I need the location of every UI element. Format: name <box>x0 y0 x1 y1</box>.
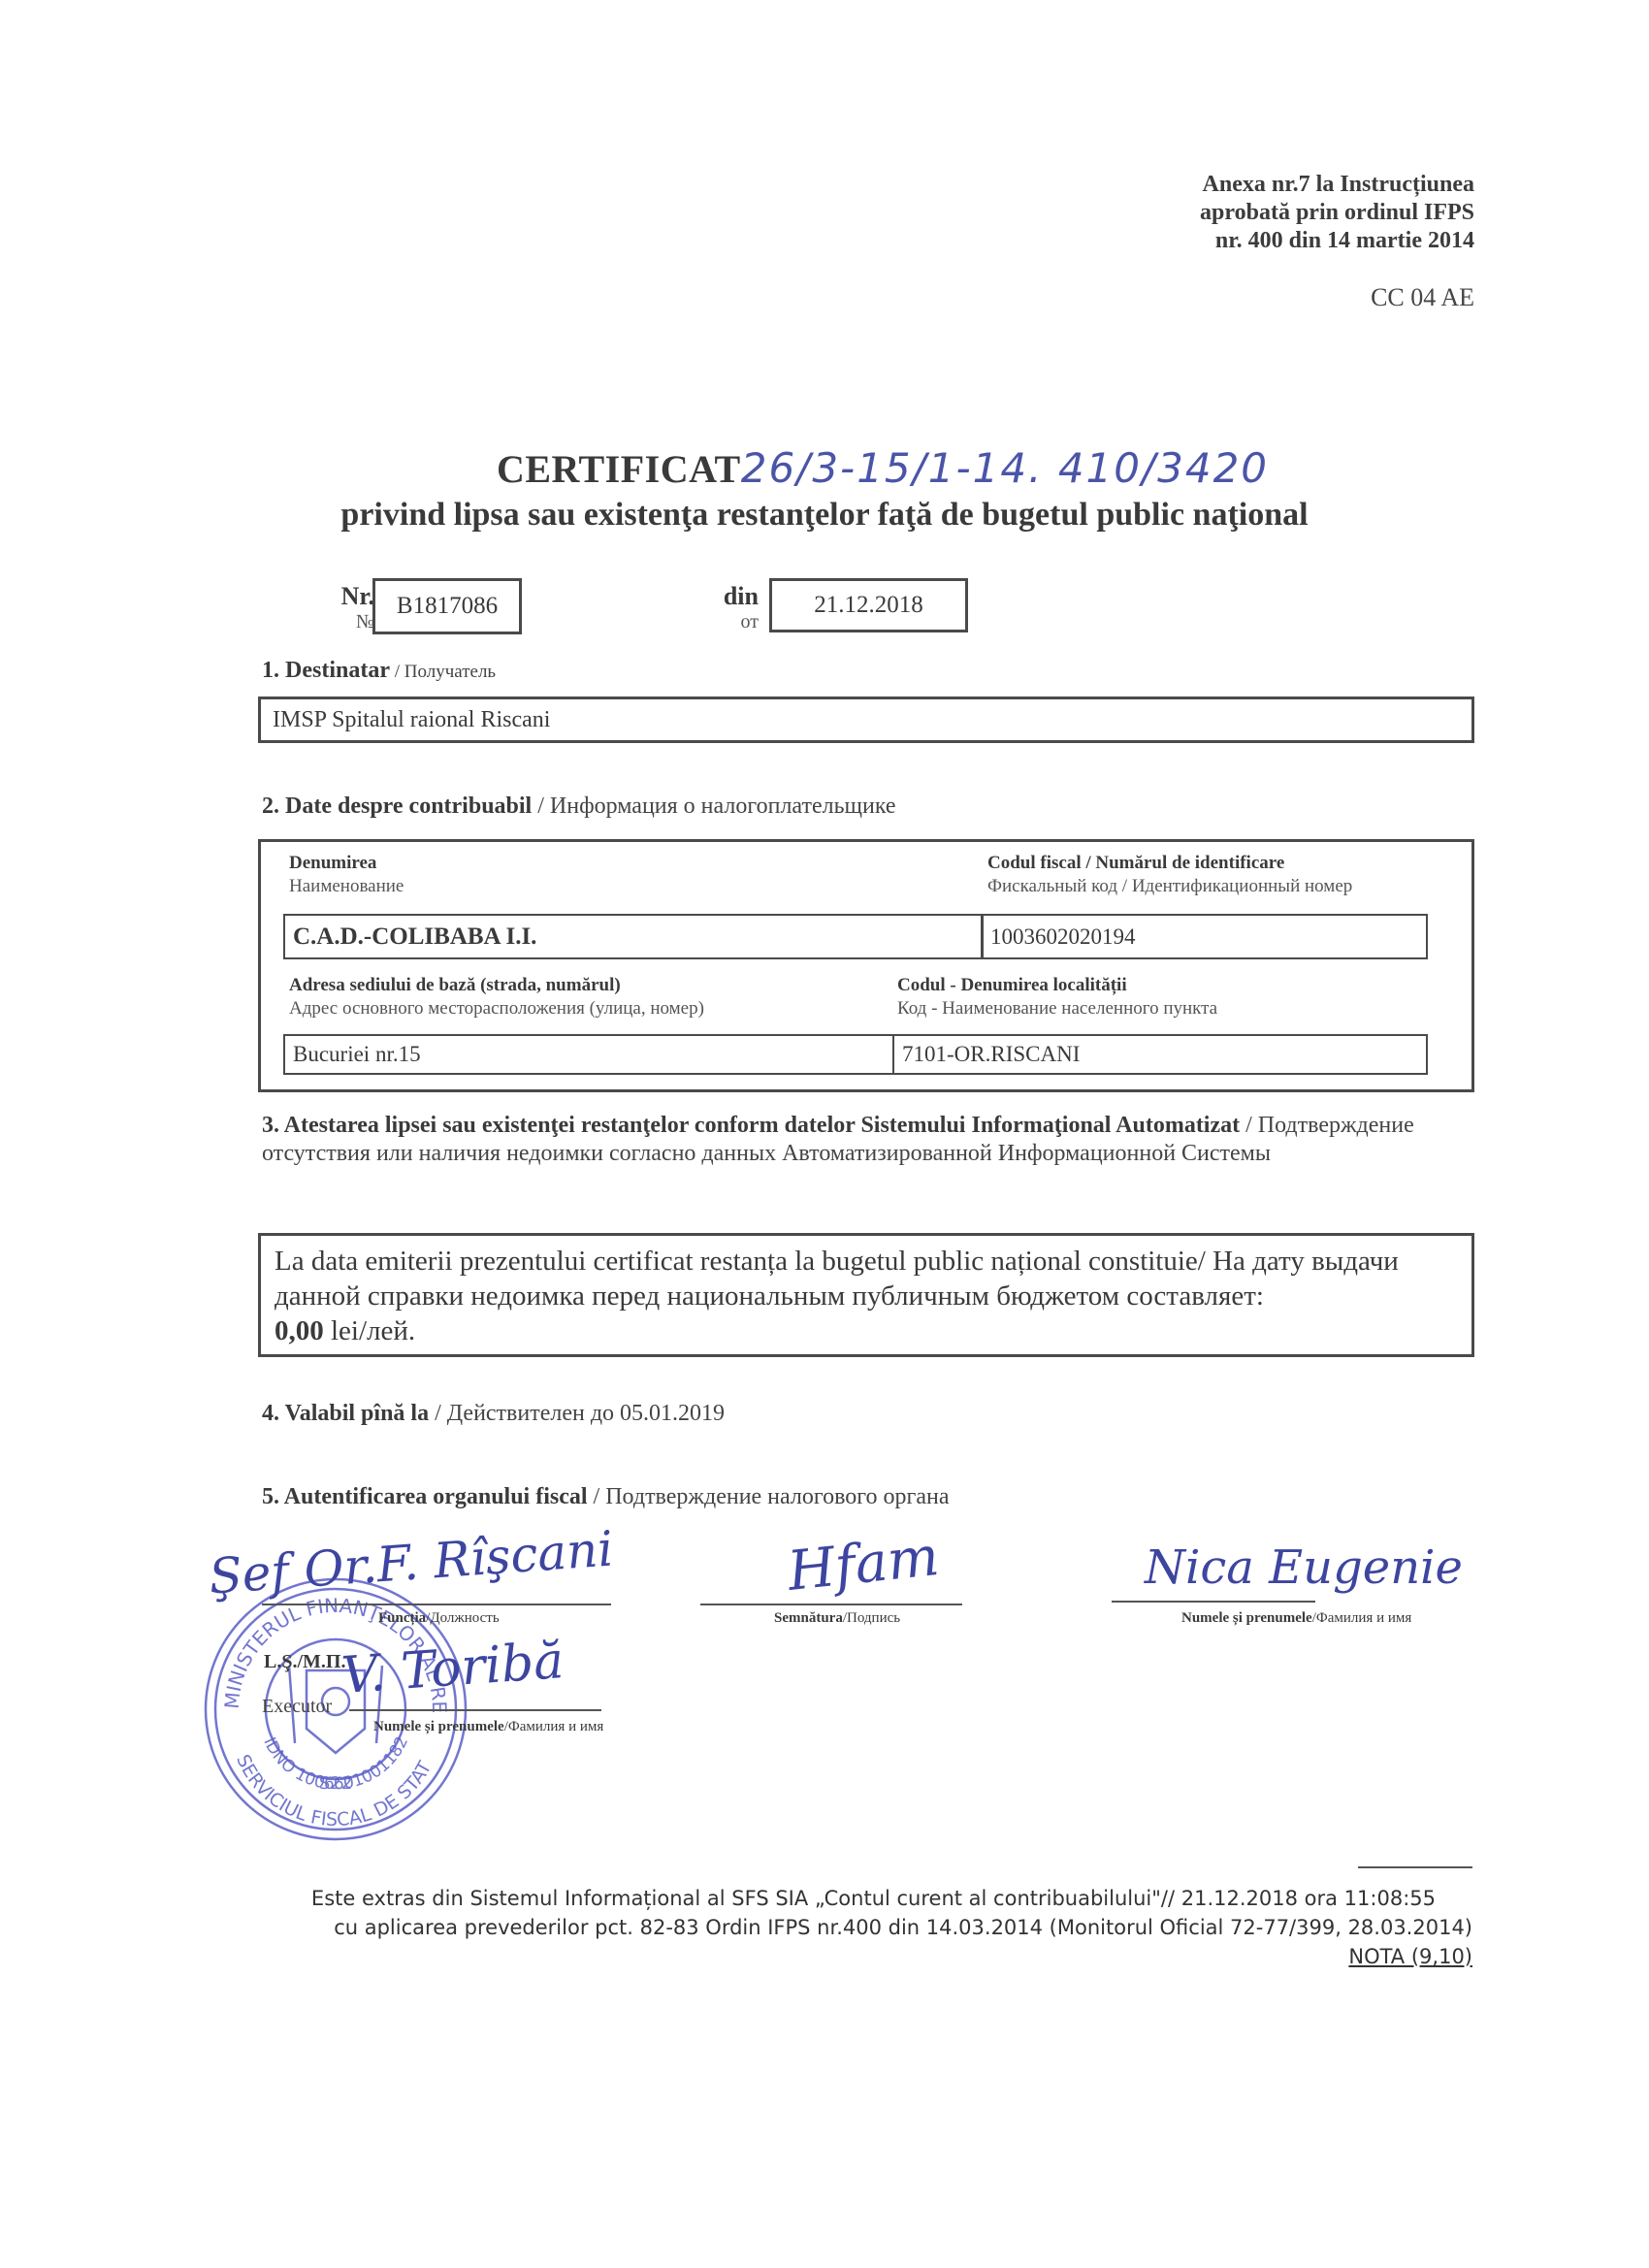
address-label-ru: Адрес основного месторасположения (улица… <box>289 997 704 1021</box>
locality-label: Codul - Denumirea localității Код - Наим… <box>897 974 1217 1021</box>
arrears-statement-box: La data emiterii prezentului certificat … <box>258 1233 1474 1357</box>
function-signature-line <box>262 1604 611 1605</box>
number-label: Nr. № <box>336 582 374 633</box>
handwritten-signature: Hfam <box>785 1525 942 1604</box>
certificate-title: CERTIFICAT <box>497 447 741 491</box>
annex-line: aprobată prin ordinul IFPS <box>1200 199 1474 227</box>
certificate-date-field: 21.12.2018 <box>769 578 968 632</box>
stamp-code: S22 <box>319 1773 352 1794</box>
section-3-heading: 3. Atestarea lipsei sau existenţei resta… <box>262 1112 1494 1168</box>
annex-line: nr. 400 din 14 martie 2014 <box>1200 227 1474 255</box>
executor-caption-ro: Numele și prenumele <box>373 1719 504 1734</box>
name-caption-ru: /Фамилия и имя <box>1312 1610 1412 1626</box>
section-1-heading-ru: / Получатель <box>390 662 496 682</box>
function-caption: Funcția/Должность <box>378 1610 500 1627</box>
fiscal-code-label-ru: Фискальный код / Идентификационный номер <box>987 875 1352 898</box>
date-label: din от <box>714 582 759 633</box>
form-code: CC 04 AE <box>1371 283 1474 312</box>
footer-note-link: NOTA (9,10) <box>0 1942 1472 1971</box>
number-label-ru: № <box>336 611 374 633</box>
fiscal-code-label-ro: Codul fiscal / Numărul de identificare <box>987 852 1352 875</box>
certificate-number-field: B1817086 <box>372 578 522 634</box>
signature-line <box>700 1604 962 1605</box>
certificate-subtitle: privind lipsa sau existenţa restanţelor … <box>0 497 1649 534</box>
validity-date: / Действителен до 05.01.2019 <box>429 1401 725 1426</box>
handwritten-official-name: Nica Eugenie <box>1145 1540 1463 1595</box>
executor-label: Executor <box>262 1696 332 1718</box>
section-2-heading-ru: / Информация о налогоплательщике <box>532 794 895 819</box>
section-2-heading: 2. Date despre contribuabil / Информация… <box>262 794 896 820</box>
section-2-heading-ro: 2. Date despre contribuabil <box>262 794 532 819</box>
signature-caption: Semnătura/Подпись <box>774 1610 900 1627</box>
section-3-heading-ro: 3. Atestarea lipsei sau existenţei resta… <box>262 1113 1240 1138</box>
certificate-title-row: CERTIFICAT26/3-15/1-14. 410/3420 <box>0 444 1649 492</box>
address-label: Adresa sediului de bază (strada, numărul… <box>289 974 704 1021</box>
fiscal-code-label: Codul fiscal / Numărul de identificare Ф… <box>987 852 1352 898</box>
signature-caption-ro: Semnătura <box>774 1610 843 1626</box>
section-4-validity: 4. Valabil pînă la / Действителен до 05.… <box>262 1401 725 1427</box>
seal-label: L.Ş./М.П. <box>264 1651 345 1673</box>
address-field: Bucuriei nr.15 <box>283 1034 894 1075</box>
name-caption: Numele și prenumele/Фамилия и имя <box>1181 1610 1411 1627</box>
taxpayer-name-label-ro: Denumirea <box>289 852 404 875</box>
name-signature-line <box>1112 1601 1315 1603</box>
arrears-amount: 0,00 <box>275 1315 324 1346</box>
arrears-currency: lei/лей. <box>324 1315 415 1346</box>
annex-line: Anexa nr.7 la Instrucțiunea <box>1200 171 1474 199</box>
section-5-heading-ru: / Подтверждение налогового органа <box>588 1484 950 1509</box>
handwritten-registration-number: 26/3-15/1-14. 410/3420 <box>741 444 1269 492</box>
section-1-heading-ro: 1. Destinatar <box>262 658 390 683</box>
date-label-ro: din <box>714 582 759 611</box>
address-label-ro: Adresa sediului de bază (strada, numărul… <box>289 974 704 997</box>
arrears-statement-text: La data emiterii prezentului certificat … <box>275 1246 1399 1312</box>
number-label-ro: Nr. <box>336 582 374 611</box>
section-5-heading-ro: 5. Autentificarea organului fiscal <box>262 1484 588 1509</box>
taxpayer-name-label: Denumirea Наименование <box>289 852 404 898</box>
function-caption-ro: Funcția <box>378 1610 426 1626</box>
section-5-heading: 5. Autentificarea organului fiscal / Под… <box>262 1484 950 1510</box>
executor-signature-line <box>349 1709 601 1711</box>
date-label-ru: от <box>714 611 759 633</box>
footer-line-1: Este extras din Sistemul Informațional a… <box>0 1884 1472 1913</box>
executor-caption: Numele și prenumele/Фамилия и имя <box>373 1719 603 1735</box>
section-1-heading: 1. Destinatar / Получатель <box>262 658 496 684</box>
locality-field: 7101-OR.RISCANI <box>892 1034 1428 1075</box>
locality-label-ru: Код - Наименование населенного пункта <box>897 997 1217 1021</box>
recipient-field: IMSP Spitalul raional Riscani <box>258 697 1474 743</box>
footer-line-2: cu aplicarea prevederilor pct. 82-83 Ord… <box>0 1913 1472 1942</box>
footer-rule <box>1358 1866 1472 1868</box>
taxpayer-name-field: C.A.D.-COLIBABA I.I. <box>283 914 984 959</box>
fiscal-code-field: 1003602020194 <box>981 914 1428 959</box>
executor-caption-ru: /Фамилия и имя <box>504 1719 604 1734</box>
annex-reference: Anexa nr.7 la Instrucțiunea aprobată pri… <box>1200 171 1474 255</box>
function-caption-ru: /Должность <box>426 1610 500 1626</box>
locality-label-ro: Codul - Denumirea localității <box>897 974 1217 997</box>
taxpayer-name-label-ru: Наименование <box>289 875 404 898</box>
footer-extract-note: Este extras din Sistemul Informațional a… <box>0 1884 1472 1971</box>
name-caption-ro: Numele și prenumele <box>1181 1610 1312 1626</box>
signature-caption-ru: /Подпись <box>843 1610 900 1626</box>
section-4-heading-ro: 4. Valabil pînă la <box>262 1401 429 1426</box>
